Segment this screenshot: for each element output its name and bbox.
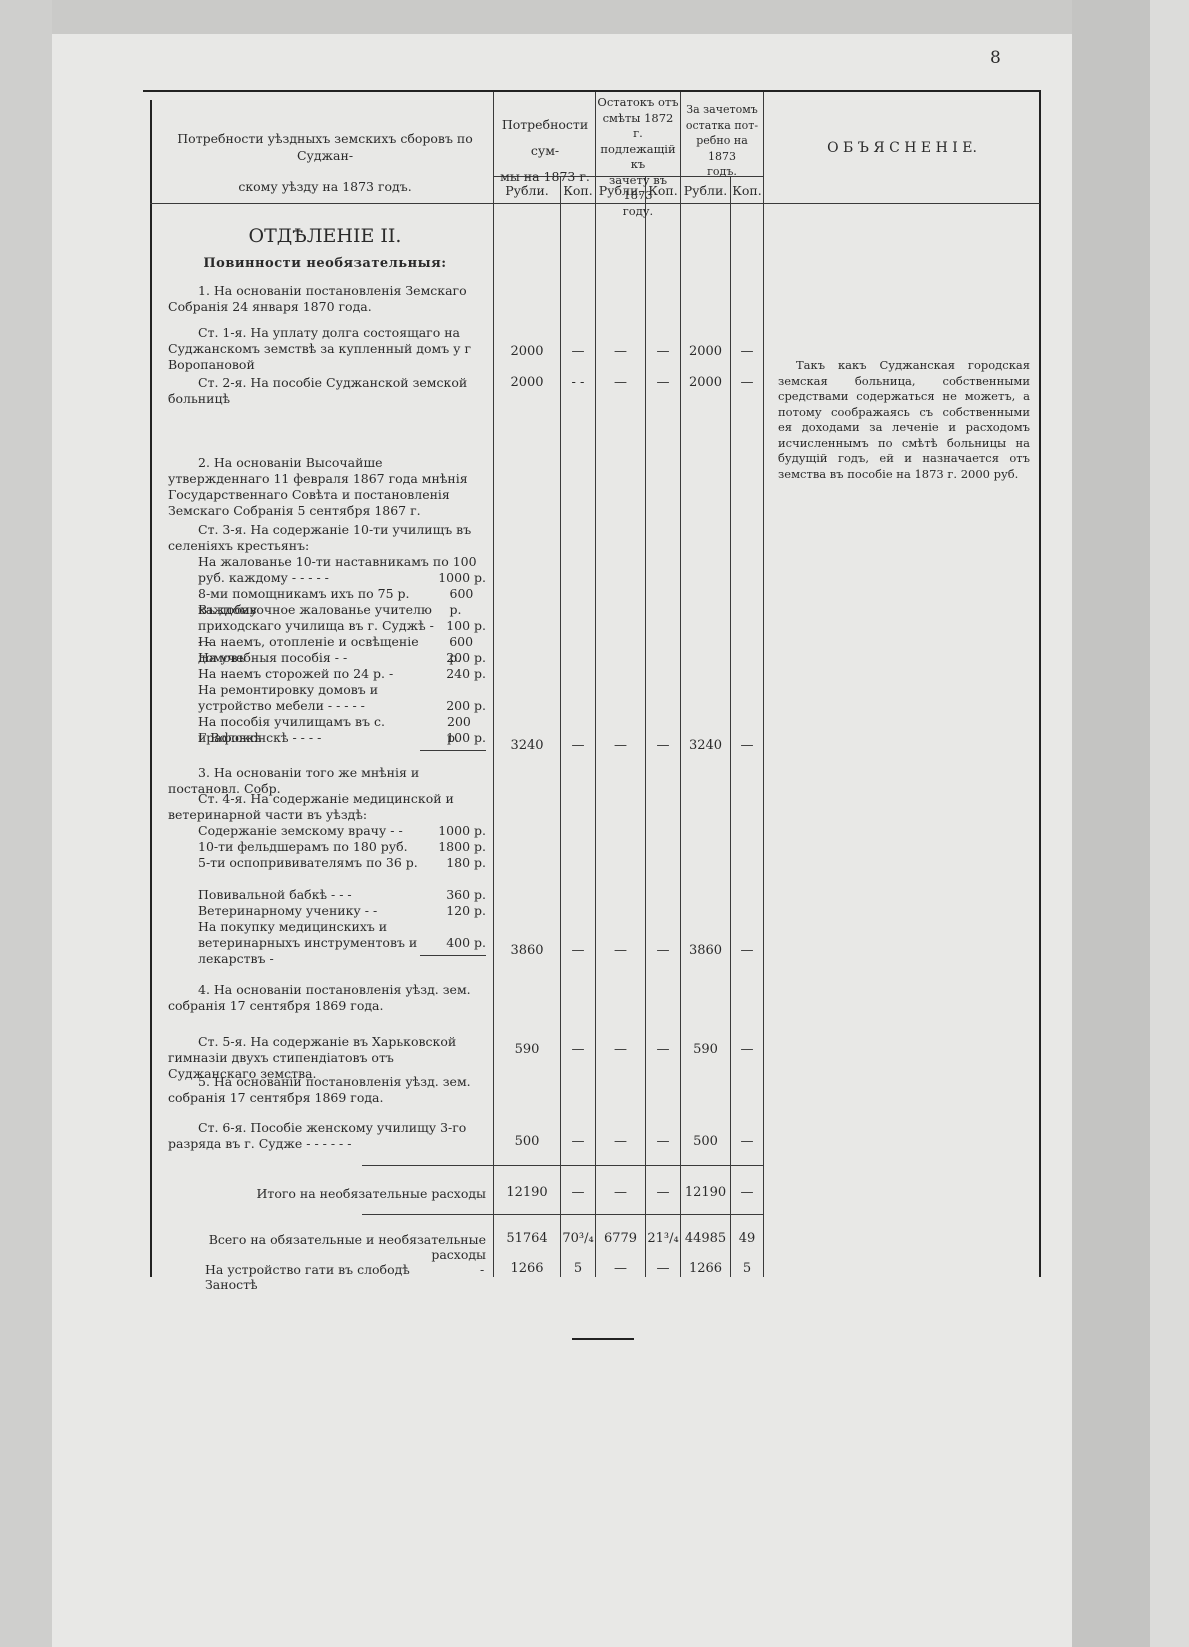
rest-kopecks: — [646,943,680,958]
rest-rubles: — [596,1134,645,1149]
header-net-kopecks: Коп. [731,182,763,199]
need-rubles: 3240 [494,738,560,753]
table-left-border [150,100,152,1277]
header-need-rubles: Рубли. [494,182,560,199]
need-kopecks: — [561,1134,595,1149]
item-amount: 1000 р. [438,570,486,586]
st4-item-4: Повивальной бабкѣ - - -360 р. [198,887,486,903]
header-remainder-l2: смѣты 1872 г. [596,111,680,142]
col-line-net [680,92,681,1277]
item-amount: 240 р. [446,666,486,682]
article-2: Ст. 2-я. На пособіе Суджанской земской б… [168,375,486,407]
rest-kopecks: — [646,1134,680,1149]
item-amount: 1800 р. [438,839,486,855]
section-subtitle: Повинности необязательныя: [160,256,490,271]
end-rule [572,1338,634,1340]
need-rubles: 1266 [494,1261,560,1276]
explanation-text: Такъ какъ Суджанская городская земская б… [778,358,1030,482]
rest-rubles: 6779 [596,1231,645,1246]
rest-rubles: — [596,738,645,753]
net-rubles: 12190 [681,1185,730,1200]
item-label: На наемъ сторожей по 24 р. - [198,666,393,682]
need-kopecks: — [561,344,595,359]
article-6: Ст. 6-я. Пособіе женскому училищу 3-го р… [168,1120,486,1152]
item-amount: 200 р. [446,698,486,714]
header-net-l1: За зачетомъ [681,102,763,118]
scan-top-margin [0,0,1189,34]
item-label: и Волоконскѣ - - - - [198,730,321,746]
header-remainder-l3: подлежащій къ [596,142,680,173]
article-3: Ст. 3-я. На содержаніе 10-ти училищъ въ … [168,522,486,554]
total-label: Итого на необязательные расходы [160,1186,486,1201]
article-4: Ст. 4-я. На содержаніе медицинской и вет… [168,791,486,823]
need-kopecks: - - [561,375,595,390]
col-line-rest-kop [645,176,646,1277]
table-right-border [1039,90,1041,1277]
st3-item-7-amount-row: 200 р. [168,698,486,714]
need-rubles: 2000 [494,375,560,390]
header-net-rubles: Рубли. [681,182,730,199]
st4-item-1: Содержаніе земскому врачу - -1000 р. [198,823,486,839]
col-line-rest [595,92,596,1277]
st3-sum-line [420,750,486,751]
item-amount: 200 р. [446,650,486,666]
paragraph-4: 4. На основаніи постановленія уѣзд. зем.… [168,982,486,1014]
scan-left-margin [0,0,52,1647]
subtotal-rule [362,1165,763,1166]
section-title: ОТДѢЛЕНІЕ II. [160,225,490,247]
col-line-expl [763,92,764,1277]
need-kopecks: — [561,943,595,958]
net-kopecks: 5 [731,1261,763,1276]
header-description-line1: Потребности уѣздныхъ земскихъ сборовъ по… [160,130,490,164]
rest-rubles: — [596,1261,645,1276]
rest-kopecks: — [646,1042,680,1057]
need-kopecks: 5 [561,1261,595,1276]
header-need-line1: Потребности сум- [495,112,595,164]
header-need-kopecks: Коп. [561,182,595,199]
net-kopecks: — [731,738,763,753]
item-amount: 360 р. [446,887,486,903]
net-rubles: 2000 [681,344,730,359]
rest-kopecks: 21³/₄ [646,1231,680,1246]
total-label: Всего на обязательные и необязательные р… [160,1232,486,1262]
rest-rubles: — [596,1042,645,1057]
net-rubles: 3860 [681,943,730,958]
article-1: Ст. 1-я. На уплату долга состоящаго на С… [168,325,486,373]
header-net-l3: ребно на 1873 [681,133,763,164]
header-remainder-l1: Остатокъ отъ [596,95,680,111]
net-kopecks: — [731,1134,763,1149]
header-need: Потребности сум- мы на 1873 г. [495,112,595,190]
header-explanation: О Б Ъ Я С Н Е Н І Е. [764,140,1040,157]
st3-item-3-amount-row: 100 р. [168,618,486,634]
item-label: Ветеринарному ученику - - [198,903,377,919]
header-net-l2: остатка пот- [681,118,763,134]
rest-rubles: — [596,1185,645,1200]
st3-item-9: и Волоконскѣ - - - -100 р. [198,730,486,746]
rest-kopecks: — [646,1185,680,1200]
page-number: 8 [990,48,1001,68]
st3-item-1-amount-row: 1000 р. [168,570,486,586]
dam-dash: - [480,1262,484,1277]
header-remainder-l5: году. [596,204,680,220]
st3-item-6: На наемъ сторожей по 24 р. -240 р. [198,666,486,682]
rest-rubles: — [596,943,645,958]
net-kopecks: — [731,1042,763,1057]
need-rubles: 51764 [494,1231,560,1246]
net-kopecks: — [731,943,763,958]
need-rubles: 3860 [494,943,560,958]
item-label: 5-ти оспопрививателямъ по 36 р. [198,855,418,871]
header-description: Потребности уѣздныхъ земскихъ сборовъ по… [160,130,490,195]
col-line-need [493,92,494,1277]
need-kopecks: — [561,738,595,753]
header-rest-rubles: Рубли. [596,182,645,199]
rest-rubles: — [596,344,645,359]
item-label: Повивальной бабкѣ - - - [198,887,352,903]
scan-right-edge-light [1150,0,1189,1647]
net-kopecks: — [731,344,763,359]
table-top-border [143,90,1040,92]
rest-kopecks: — [646,375,680,390]
article-6-dots: - - - - - - [306,1136,351,1151]
header-net-l4: годъ. [681,164,763,180]
need-kopecks: — [561,1185,595,1200]
need-kopecks: 70³/₄ [561,1231,595,1246]
st4-sum-line [420,955,486,956]
net-kopecks: — [731,1185,763,1200]
net-rubles: 44985 [681,1231,730,1246]
net-rubles: 1266 [681,1261,730,1276]
paragraph-1: 1. На основаніи постановленія Земскаго С… [168,283,486,315]
need-rubles: 590 [494,1042,560,1057]
net-rubles: 2000 [681,375,730,390]
item-amount: 1000 р. [438,823,486,839]
item-amount: 400 р. [446,935,486,951]
need-kopecks: — [561,1042,595,1057]
paragraph-2: 2. На основаніи Высочайше утвержденнаго … [168,455,486,519]
need-rubles: 12190 [494,1185,560,1200]
net-kopecks: — [731,375,763,390]
st3-item-5: На учебныя пособія - -200 р. [198,650,486,666]
header-rest-kopecks: Коп. [646,182,680,199]
st4-item-2: 10-ти фельдшерамъ по 180 руб.1800 р. [198,839,486,855]
item-label: Содержаніе земскому врачу - - [198,823,403,839]
dam-label: На устройство гати въ слободѣ Заностѣ [205,1262,445,1292]
st4-item-6-amount-row: 400 р. [168,935,486,951]
paragraph-5: 5. На основаніи постановленія уѣзд. зем.… [168,1074,486,1106]
header-net: За зачетомъ остатка пот- ребно на 1873 г… [681,102,763,180]
st4-item-3: 5-ти оспопрививателямъ по 36 р.180 р. [198,855,486,871]
need-rubles: 500 [494,1134,560,1149]
item-label: 10-ти фельдшерамъ по 180 руб. [198,839,408,855]
need-rubles: 2000 [494,344,560,359]
item-amount: 120 р. [446,903,486,919]
col-line-net-kop [730,176,731,1277]
rest-kopecks: — [646,1261,680,1276]
item-amount: 180 р. [446,855,486,871]
net-rubles: 3240 [681,738,730,753]
rest-kopecks: — [646,344,680,359]
total-rule [362,1214,763,1215]
net-rubles: 500 [681,1134,730,1149]
rest-kopecks: — [646,738,680,753]
net-rubles: 590 [681,1042,730,1057]
rest-rubles: — [596,375,645,390]
st4-item-5: Ветеринарному ученику - -120 р. [198,903,486,919]
item-amount: 100 р. [446,730,486,746]
net-kopecks: 49 [731,1231,763,1246]
item-label: На учебныя пособія - - [198,650,347,666]
header-description-line2: скому уѣзду на 1873 годъ. [160,178,490,195]
header-remainder: Остатокъ отъ смѣты 1872 г. подлежащій къ… [596,95,680,219]
col-line-need-kop [560,176,561,1277]
item-amount: 100 р. [446,618,486,634]
